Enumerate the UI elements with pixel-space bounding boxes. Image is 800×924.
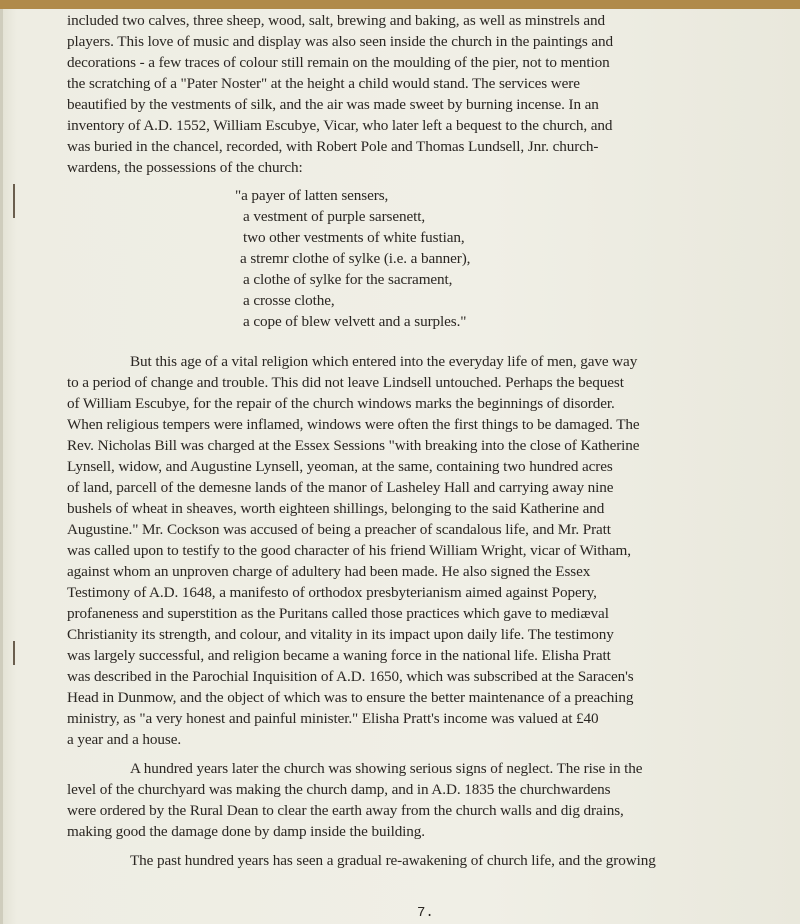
- page-number: 7.: [417, 905, 434, 921]
- text-line: Lynsell, widow, and Augustine Lynsell, y…: [67, 457, 613, 477]
- text-line: against whom an unproven charge of adult…: [67, 562, 590, 582]
- text-line: beautified by the vestments of silk, and…: [67, 95, 599, 115]
- quote-line: a vestment of purple sarsenett,: [243, 207, 425, 227]
- text-line: a year and a house.: [67, 730, 181, 750]
- text-line: included two calves, three sheep, wood, …: [67, 11, 605, 31]
- text-line: Augustine." Mr. Cockson was accused of b…: [67, 520, 611, 540]
- text-line: making good the damage done by damp insi…: [67, 822, 425, 842]
- quote-line: "a payer of latten sensers,: [235, 186, 388, 206]
- text-line: profaneness and superstition as the Puri…: [67, 604, 609, 624]
- scan-mark: [13, 641, 15, 665]
- text-line: But this age of a vital religion which e…: [130, 352, 637, 372]
- text-line: The past hundred years has seen a gradua…: [130, 851, 656, 871]
- text-line: inventory of A.D. 1552, William Escubye,…: [67, 116, 612, 136]
- text-line: was called upon to testify to the good c…: [67, 541, 631, 561]
- text-line: A hundred years later the church was sho…: [130, 759, 642, 779]
- text-line: bushels of wheat in sheaves, worth eight…: [67, 499, 604, 519]
- text-line: was buried in the chancel, recorded, wit…: [67, 137, 598, 157]
- text-line: were ordered by the Rural Dean to clear …: [67, 801, 624, 821]
- text-line: Rev. Nicholas Bill was charged at the Es…: [67, 436, 639, 456]
- text-line: Testimony of A.D. 1648, a manifesto of o…: [67, 583, 597, 603]
- text-line: Christianity its strength, and colour, a…: [67, 625, 614, 645]
- text-line: decorations - a few traces of colour sti…: [67, 53, 610, 73]
- scanned-page: included two calves, three sheep, wood, …: [0, 9, 800, 924]
- text-line: the scratching of a "Pater Noster" at th…: [67, 74, 580, 94]
- quote-line: two other vestments of white fustian,: [243, 228, 465, 248]
- text-line: to a period of change and trouble. This …: [67, 373, 624, 393]
- quote-line: a stremr clothe of sylke (i.e. a banner)…: [240, 249, 470, 269]
- text-line: Head in Dunmow, and the object of which …: [67, 688, 633, 708]
- quote-line: a clothe of sylke for the sacrament,: [243, 270, 452, 290]
- text-line: level of the churchyard was making the c…: [67, 780, 610, 800]
- text-line: was largely successful, and religion bec…: [67, 646, 611, 666]
- text-line: ministry, as "a very honest and painful …: [67, 709, 599, 729]
- text-line: of land, parcell of the demesne lands of…: [67, 478, 613, 498]
- text-line: wardens, the possessions of the church:: [67, 158, 303, 178]
- scan-mark: [13, 184, 15, 218]
- text-line: When religious tempers were inflamed, wi…: [67, 415, 640, 435]
- quote-line: a crosse clothe,: [243, 291, 335, 311]
- text-line: players. This love of music and display …: [67, 32, 613, 52]
- text-line: of William Escubye, for the repair of th…: [67, 394, 615, 414]
- text-line: was described in the Parochial Inquisiti…: [67, 667, 634, 687]
- quote-line: a cope of blew velvett and a surples.": [243, 312, 466, 332]
